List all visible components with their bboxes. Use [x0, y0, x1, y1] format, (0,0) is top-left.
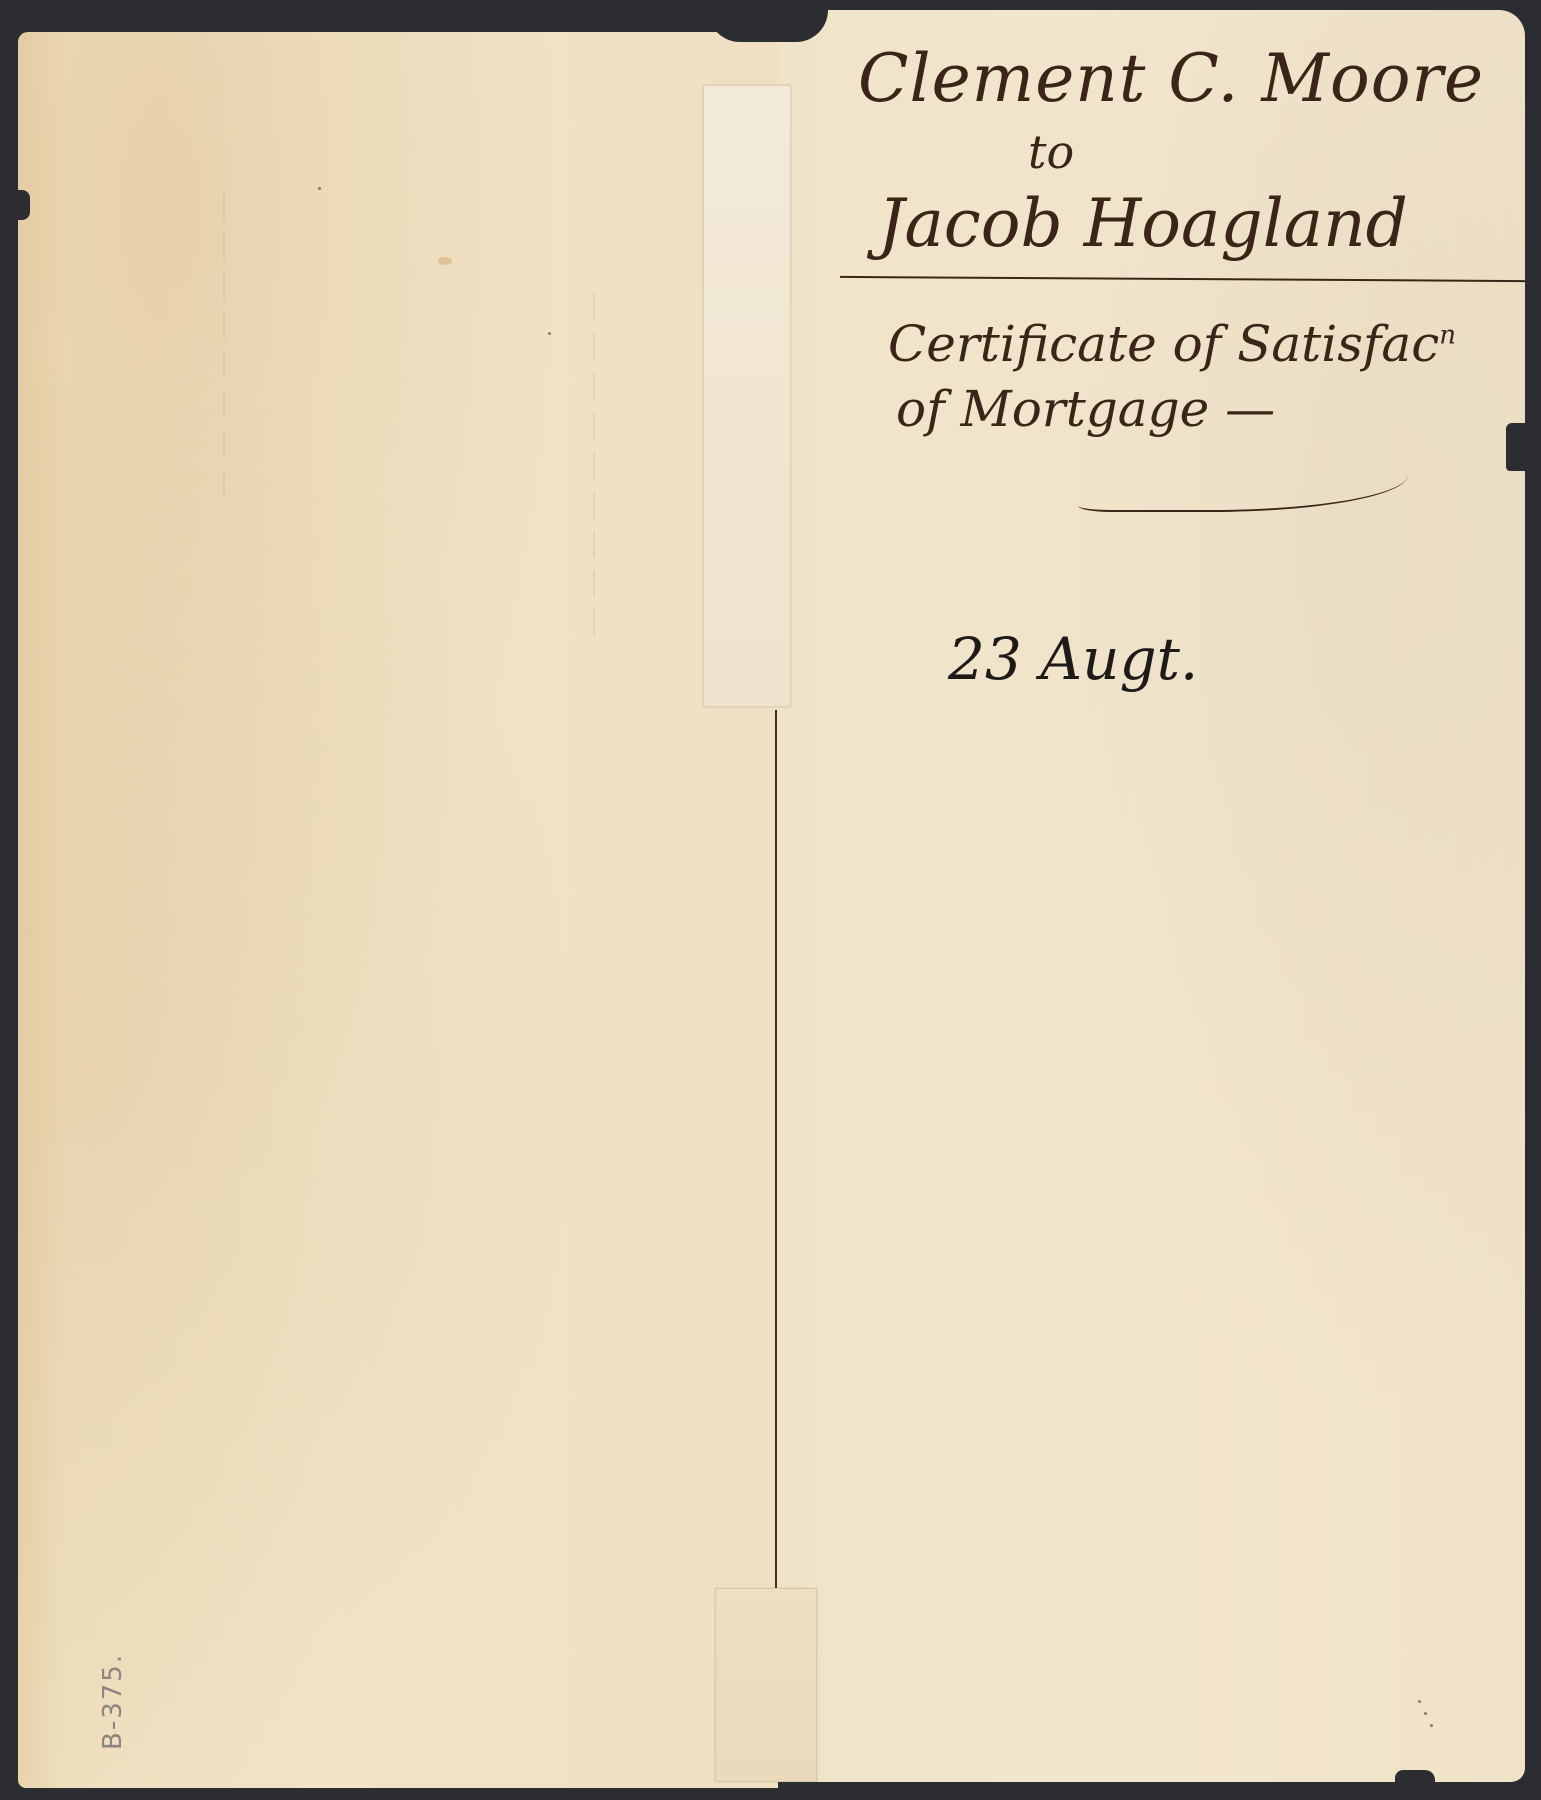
torn-notch-top: [708, 10, 828, 42]
speck: [1418, 1700, 1421, 1703]
speck: [548, 332, 551, 335]
docket-date: 23 Augt.: [948, 625, 1198, 693]
repair-tape-bottom: [715, 1588, 817, 1782]
document-sheet: — — — — — — — — — — — — — — — — — Clemen…: [18, 10, 1525, 1792]
bleed-through-text: — — — — — — — —: [208, 192, 243, 499]
pencil-catalog-mark: B-375.: [98, 1653, 128, 1750]
torn-notch-right: [1506, 423, 1540, 471]
speck: [1424, 1712, 1427, 1715]
repair-tape-top: [703, 85, 791, 707]
docket-description-line1: Certificate of Satisfacn: [888, 315, 1456, 373]
speck: [318, 187, 321, 190]
docket-description-line2: of Mortgage —: [896, 380, 1275, 438]
docket-party-from: Clement C. Moore: [858, 40, 1484, 117]
bleed-through-text: — — — — — — — — —: [578, 292, 613, 638]
docket-connector: to: [1028, 125, 1074, 179]
description-text: Certificate of Satisfac: [888, 315, 1439, 373]
torn-notch-bottom: [1395, 1770, 1435, 1800]
torn-notch-left: [16, 190, 30, 220]
docket-party-to: Jacob Hoagland: [878, 185, 1408, 262]
description-superscript: n: [1439, 320, 1456, 350]
left-panel: — — — — — — — — — — — — — — — — —: [18, 32, 778, 1788]
foxing-stain: [438, 257, 452, 265]
speck: [1430, 1724, 1433, 1727]
